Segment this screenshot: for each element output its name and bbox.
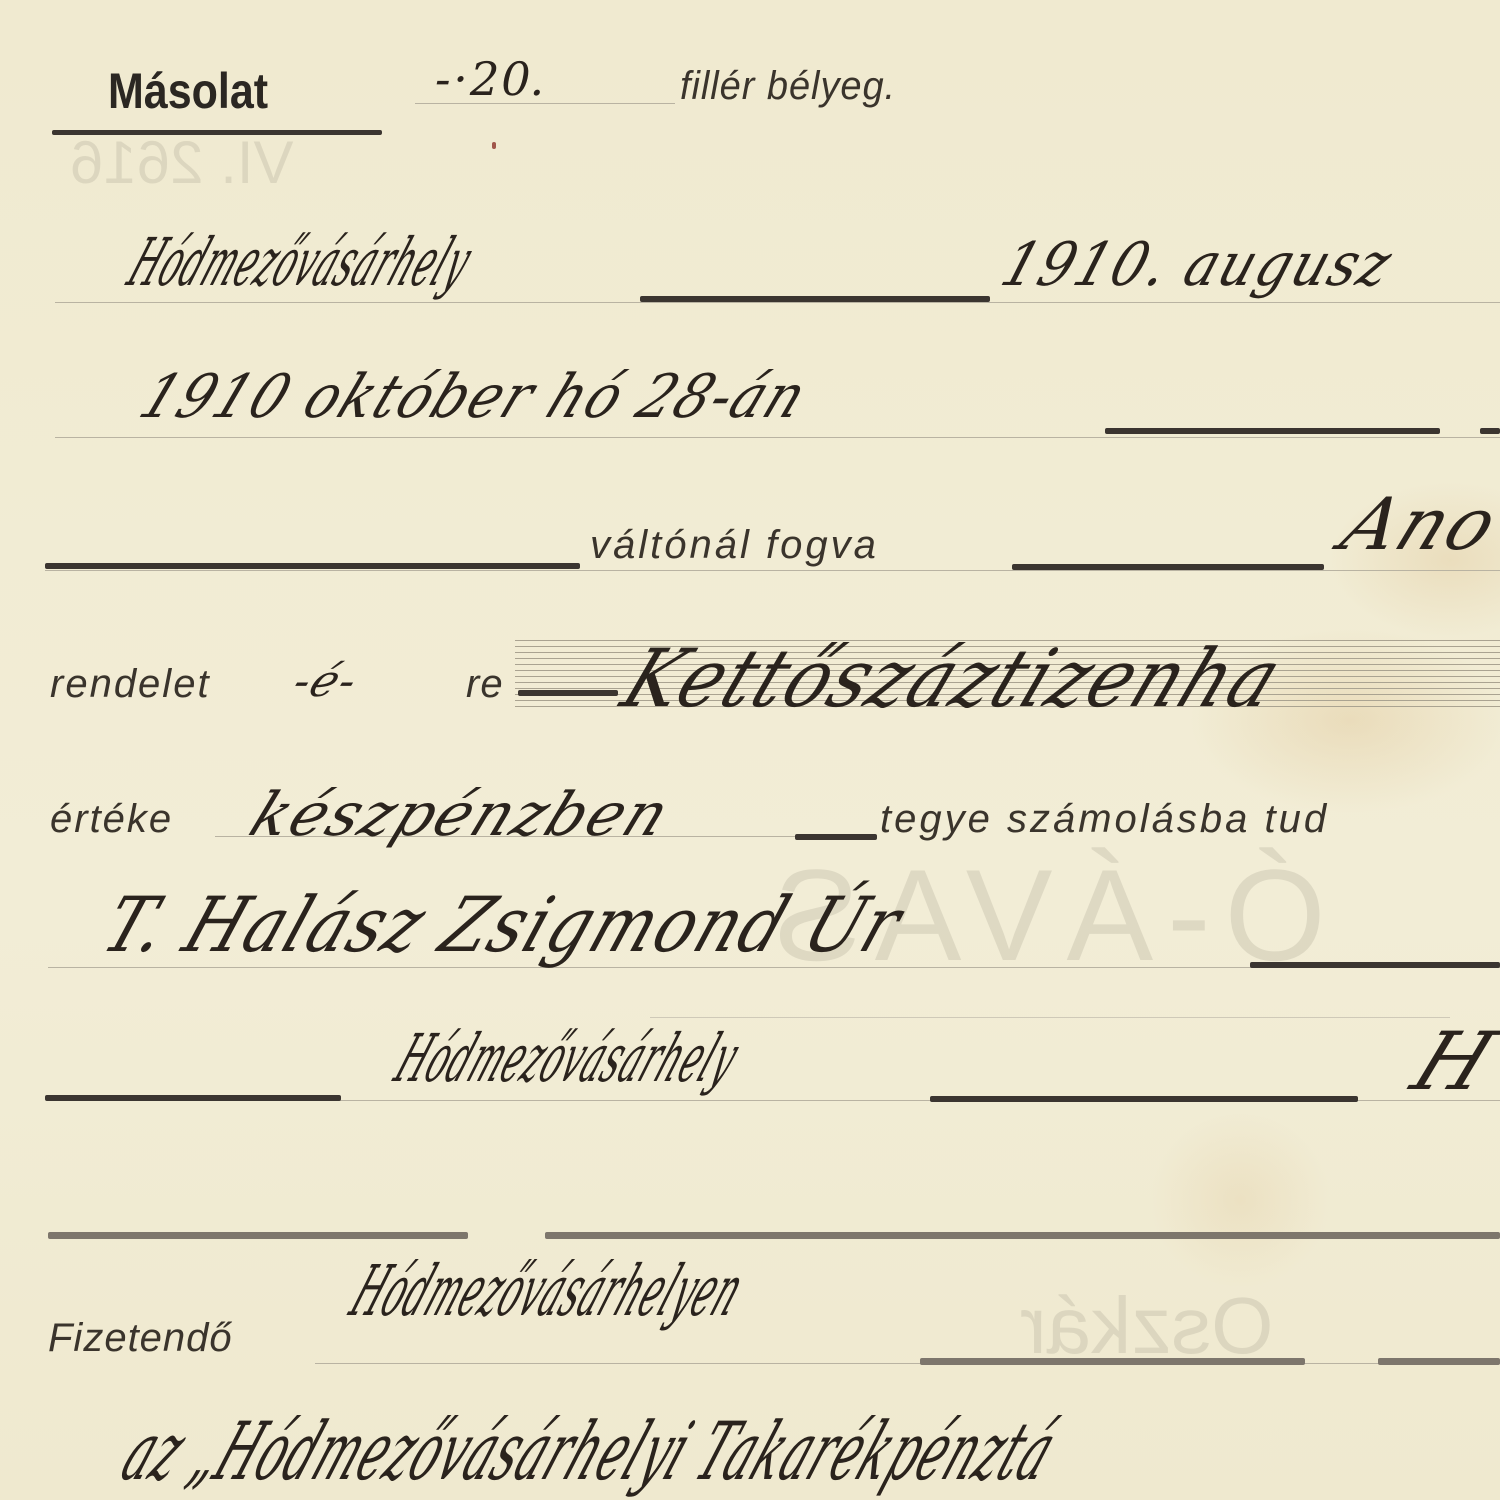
bill-of-exchange-label: váltónál fogva [590, 523, 879, 568]
fill-line [1480, 428, 1500, 434]
rule-line-9 [315, 1363, 1500, 1364]
issue-date: 1910. augusz [993, 230, 1402, 300]
fill-line [640, 296, 990, 302]
bleed-through-number: VI. 2616 [70, 128, 294, 197]
value-label: értéke [50, 797, 173, 842]
order-label: rendelet [50, 662, 211, 707]
rule-line-7-upper [650, 1017, 1450, 1018]
fill-line [48, 1232, 468, 1239]
amount-in-words: Kettőszáztizenha [610, 632, 1296, 725]
order-infix: -é- [285, 656, 367, 707]
ink-fleck [492, 142, 496, 149]
drawee-right-text: H [1400, 1015, 1500, 1108]
order-suffix: re [466, 662, 504, 707]
payee-name: Ano [1330, 482, 1500, 566]
fill-line [1012, 564, 1324, 570]
fill-line [930, 1096, 1358, 1102]
rule-line-3 [45, 570, 1500, 571]
payable-place: Hódmezővásárhelyen [340, 1250, 756, 1332]
fill-line [920, 1358, 1305, 1365]
fill-line [1250, 962, 1500, 968]
rule-line-1 [55, 302, 1500, 303]
issue-place: Hódmezővásárhely [118, 224, 484, 301]
fill-line [45, 1095, 341, 1101]
payable-institution: az „Hódmezővásárhelyi Takarékpénztá [110, 1405, 1070, 1498]
stamp-value: -·20. [430, 52, 555, 106]
fill-line [518, 690, 618, 696]
fill-line [45, 563, 580, 569]
fill-line [1378, 1358, 1500, 1365]
drawee-name: T. Halász Zsigmond Úr [92, 880, 915, 969]
fill-line [1105, 428, 1440, 434]
payable-label: Fizetendő [48, 1316, 233, 1361]
rule-line-2 [55, 437, 1500, 438]
drawee-place: Hódmezővásárhely [385, 1020, 751, 1097]
fill-line [795, 834, 877, 840]
due-date: 1910 október hó 28-án [130, 362, 818, 432]
accounting-label: tegye számolásba tud [880, 797, 1329, 842]
value-cash: készpénzben [240, 780, 681, 850]
fill-line [545, 1232, 1500, 1239]
stamp-label: fillér bélyeg. [680, 64, 896, 109]
title-underline [52, 130, 382, 135]
page-title: Másolat [108, 62, 268, 120]
